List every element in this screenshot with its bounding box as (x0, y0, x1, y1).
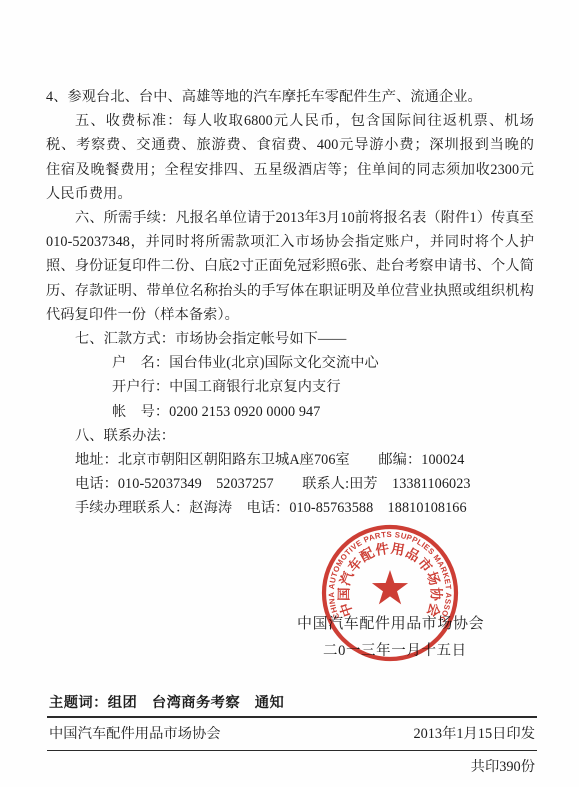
body-line: 010-52037348，并同时将所需款项汇入市场协会指定账户，并同时将个人护 (46, 230, 534, 254)
issuer-name: 中国汽车配件用品市场协会 (49, 723, 221, 743)
body-line: 历、存款证明、带单位名称抬头的手写体在职证明及单位营业执照或组织机构 (46, 279, 534, 303)
body-line: 照、身份证复印件二份、白底2寸正面免冠彩照6张、赴台考察申请书、个人简 (46, 254, 534, 278)
body-line: 4、参观台北、台中、高雄等地的汽车摩托车零配件生产、流通企业。 (46, 85, 534, 109)
document-footer: 主题词：组团 台湾商务考察 通知 中国汽车配件用品市场协会 2013年1月15日… (47, 691, 537, 776)
body-line: 五、收费标准：每人收取6800元人民币，包含国际间往返机票、机场 (46, 109, 534, 133)
body-line: 八、联系办法： (46, 424, 534, 448)
contact-agent-line: 手续办理联系人：赵海涛 电话：010-85763588 18810108166 (46, 496, 534, 520)
bank-account-number-line: 帐 号：0200 2153 0920 0000 947 (46, 400, 534, 424)
issuer-row: 中国汽车配件用品市场协会 2013年1月15日印发 (47, 718, 537, 751)
body-line: 人民币费用。 (46, 182, 534, 206)
body-line: 税、考察费、交通费、旅游费、食宿费、400元导游小费；深圳报到当晚的 (46, 133, 534, 157)
copies-row: 共印390份 (47, 751, 537, 776)
seal-stamp: CHINA AUTOMOTIVE PARTS SUPPLIES MARKET A… (319, 522, 461, 664)
star-icon (372, 570, 408, 604)
body-line: 代码复印件一份（样本备索）。 (46, 303, 534, 327)
document-page: 4、参观台北、台中、高雄等地的汽车摩托车零配件生产、流通企业。 五、收费标准：每… (0, 0, 579, 787)
document-body: 4、参观台北、台中、高雄等地的汽车摩托车零配件生产、流通企业。 五、收费标准：每… (46, 85, 534, 521)
copies-count: 共印390份 (471, 759, 535, 775)
bank-account-name-line: 户 名：国台伟业(北京)国际文化交流中心 (46, 351, 534, 375)
body-line: 住宿及晚餐费用；全程安排四、五星级酒店等；住单间的同志须加收2300元 (46, 158, 534, 182)
subject-keywords-row: 主题词：组团 台湾商务考察 通知 (47, 691, 537, 718)
print-date: 2013年1月15日印发 (413, 723, 535, 743)
body-line: 七、汇款方式：市场协会指定帐号如下—— (46, 327, 534, 351)
bank-branch-line: 开户行：中国工商银行北京复内支行 (46, 375, 534, 399)
contact-address-line: 地址：北京市朝阳区朝阳路东卫城A座706室 邮编：100024 (46, 448, 534, 472)
body-line: 六、所需手续：凡报名单位请于2013年3月10前将报名表（附件1）传真至 (46, 206, 534, 230)
contact-phone-line: 电话：010-52037349 52037257 联系人:田芳 13381106… (46, 472, 534, 496)
